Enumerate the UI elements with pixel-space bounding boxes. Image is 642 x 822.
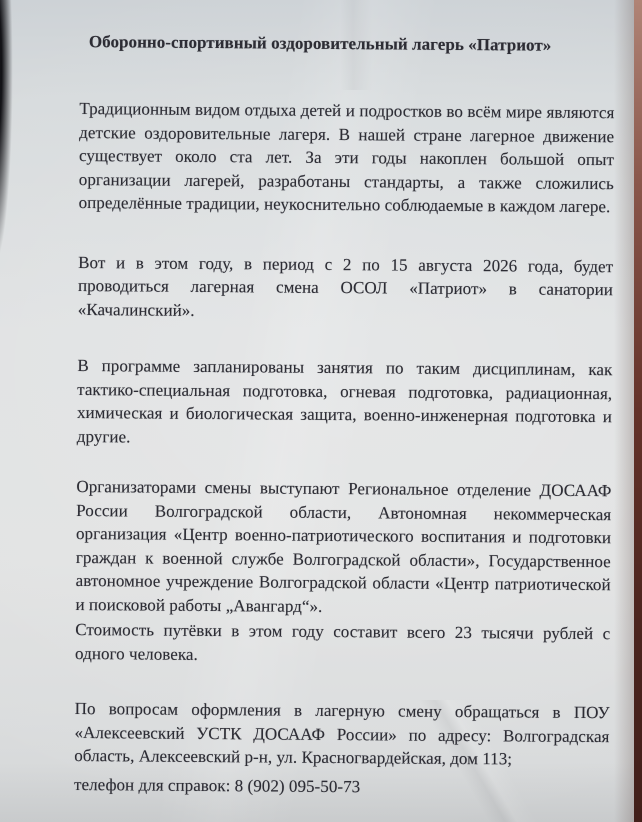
table-edge (634, 0, 642, 822)
paragraph-dates: Вот и в этом году, в период с 2 по 15 ав… (78, 250, 614, 325)
document-page: Оборонно-спортивный оздоровительный лаге… (74, 30, 615, 800)
paragraph-price: Стоимость путёвки в этом году составит в… (75, 618, 610, 669)
document-title: Оборонно-спортивный оздоровительный лаге… (80, 30, 615, 58)
paragraph-contacts: По вопросам оформления в лагерную смену … (74, 697, 610, 772)
photographed-document: Оборонно-спортивный оздоровительный лаге… (0, 0, 642, 822)
photo-left-shadow (0, 0, 30, 300)
paragraph-intro: Традиционным видом отдыха детей и подрос… (79, 97, 615, 219)
paper-right-shadow (614, 0, 634, 822)
paragraph-organizers: Организаторами смены выступают Региональ… (75, 475, 611, 620)
paragraph-program: В программе запланированы занятия по так… (77, 354, 613, 452)
paragraph-phone: телефон для справок: 8 (902) 095-50-73 (74, 772, 609, 800)
